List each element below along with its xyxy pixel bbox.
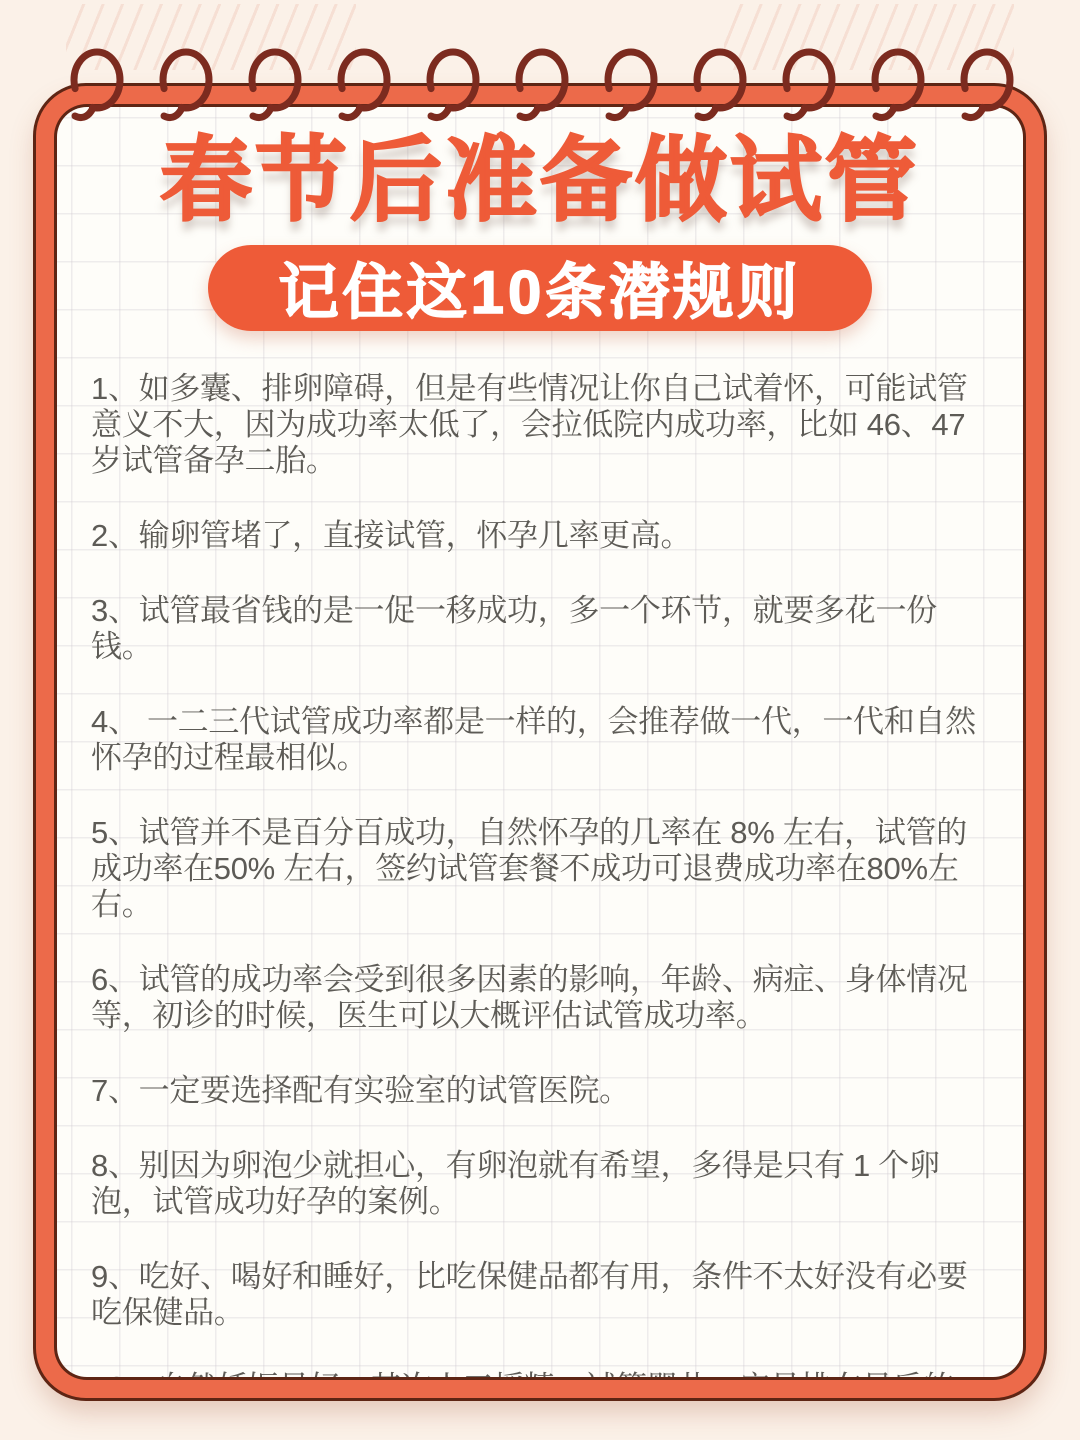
rule-item: 8、别因为卵泡少就担心，有卵泡就有希望，多得是只有 1 个卵泡，试管成功好孕的案… xyxy=(91,1148,997,1220)
rule-item: 2、输卵管堵了，直接试管，怀孕几率更高。 xyxy=(91,518,997,554)
rule-item: 5、试管并不是百分百成功，自然怀孕的几率在 8% 左右，试管的成功率在50% 左… xyxy=(91,815,997,923)
rule-item: 9、吃好、喝好和睡好，比吃保健品都有用，条件不太好没有必要吃保健品。 xyxy=(91,1259,997,1331)
rule-item: 6、试管的成功率会受到很多因素的影响，年龄、病症、身体情况等，初诊的时候，医生可… xyxy=(91,962,997,1034)
page-title: 春节后准备做试管 xyxy=(57,133,1023,230)
rules-list: 1、如多囊、排卵障碍，但是有些情况让你自己试着怀，可能试管意义不大，因为成功率太… xyxy=(57,371,1023,1377)
rule-item: 4、 一二三代试管成功率都是一样的，会推荐做一代，一代和自然怀孕的过程最相似。 xyxy=(91,704,997,776)
hatch-decor-left xyxy=(66,4,356,70)
subtitle-pill: 记住这10条潜规则 xyxy=(208,245,872,331)
rule-item: 3、试管最省钱的是一促一移成功，多一个环节，就要多花一份钱。 xyxy=(91,593,997,665)
rule-item: 1、如多囊、排卵障碍，但是有些情况让你自己试着怀，可能试管意义不大，因为成功率太… xyxy=(91,371,997,479)
notebook-poster: 春节后准备做试管 记住这10条潜规则 1、如多囊、排卵障碍，但是有些情况让你自己… xyxy=(0,0,1080,1440)
notebook-page: 春节后准备做试管 记住这10条潜规则 1、如多囊、排卵障碍，但是有些情况让你自己… xyxy=(57,107,1023,1377)
notebook-frame: 春节后准备做试管 记住这10条潜规则 1、如多囊、排卵障碍，但是有些情况让你自己… xyxy=(36,86,1044,1398)
rule-item: 7、一定要选择配有实验室的试管医院。 xyxy=(91,1073,997,1109)
subtitle-text: 记住这10条潜规则 xyxy=(279,245,802,331)
rule-item: 10、自然妊娠最好，其次人工授精，试管婴儿一定是排在最后的。 xyxy=(91,1370,997,1377)
hatch-decor-right xyxy=(724,4,1014,70)
